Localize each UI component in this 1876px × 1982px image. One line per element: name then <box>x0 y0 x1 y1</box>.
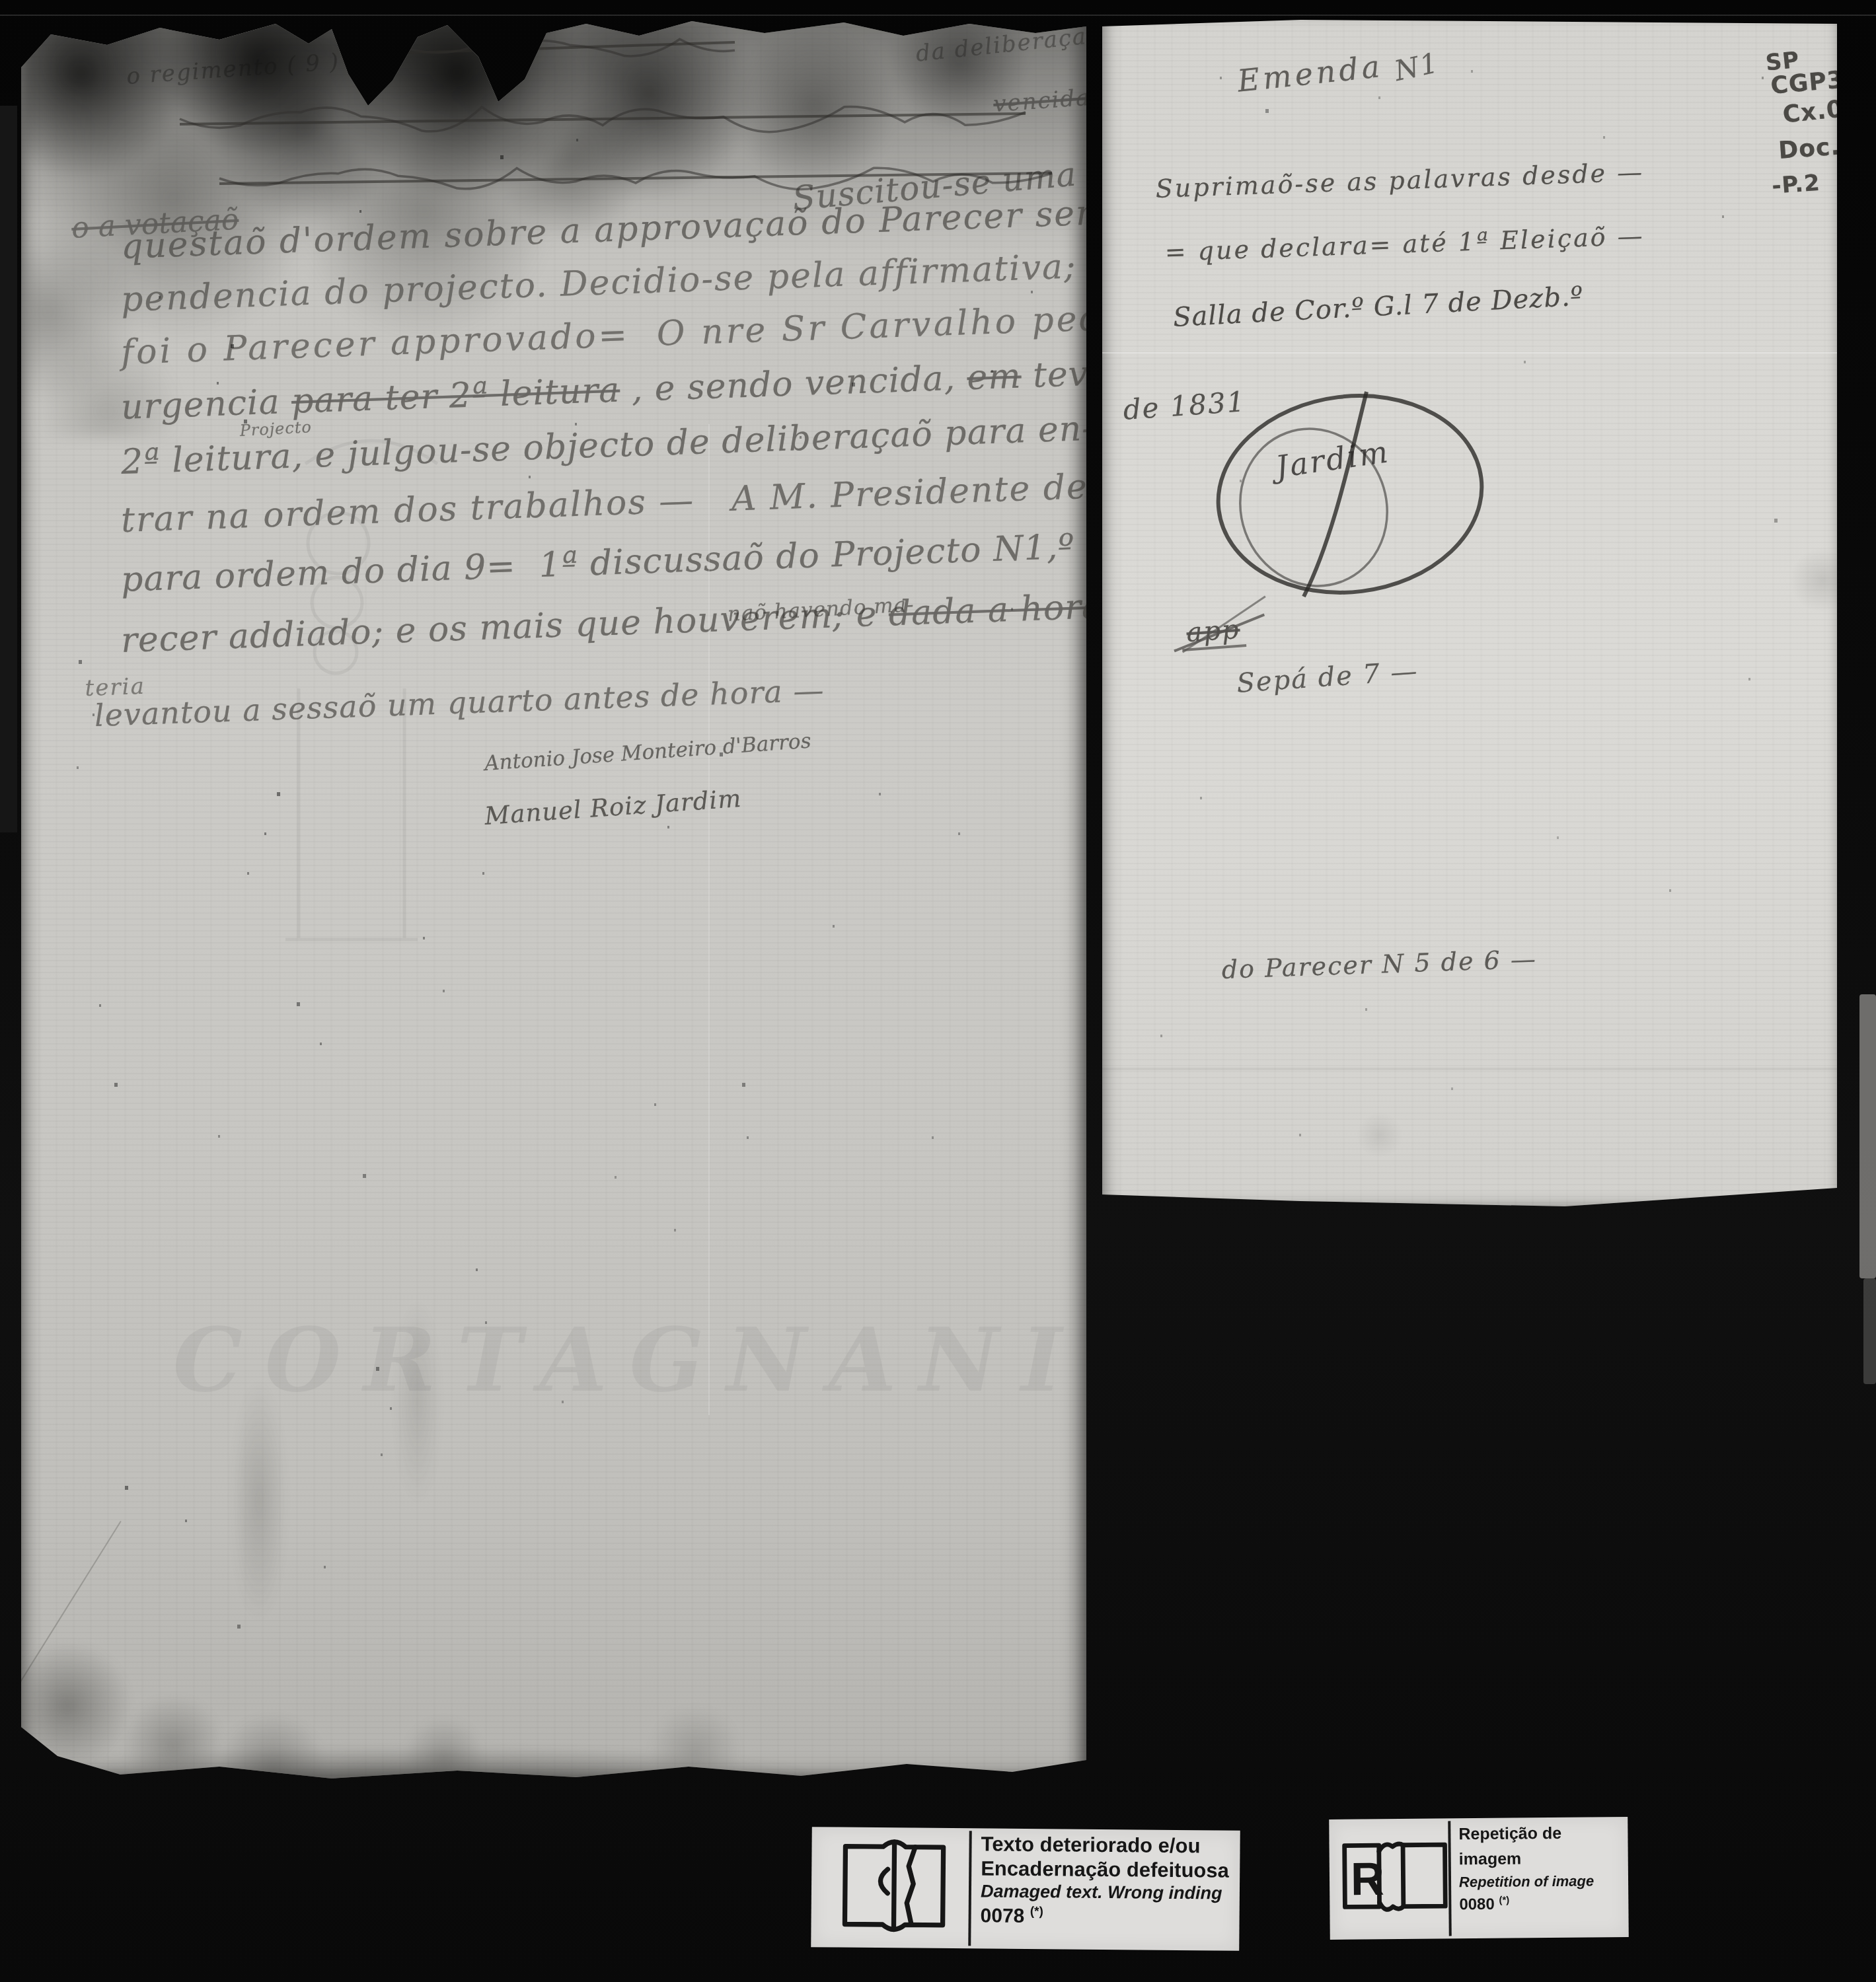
archival-reference-text: Doc.6 <box>1778 132 1837 165</box>
paper-watermark-text: CORTAGNANI <box>173 1309 1084 1412</box>
label-title-pt-2: Encadernação defeituosa <box>981 1856 1229 1883</box>
text-segment: -P.2 <box>1771 170 1821 200</box>
label-code-number: 0078 <box>980 1905 1024 1927</box>
text-segment: Emenda <box>1236 48 1384 99</box>
handwritten-line: da deliberaçaõ, <box>915 20 1086 67</box>
handwritten-line: Emenda <box>1236 48 1384 99</box>
handwritten-line: N1 <box>1392 46 1442 87</box>
struck-text: vencida <box>993 85 1086 118</box>
manuscript-left-page: CORTAGNANI o regimento ( 9 ) =da deliber… <box>21 15 1086 1780</box>
handwritten-line: = que declara= até 1ª Eleiçaõ — <box>1164 221 1645 267</box>
ink-speckles <box>1102 18 1104 21</box>
jardim-signature: Jardim <box>1268 433 1392 486</box>
struck-text: dada a hora <box>888 587 1086 634</box>
microfilm-scan: CORTAGNANI o regimento ( 9 ) =da deliber… <box>0 0 1876 1982</box>
scan-scratch-line <box>708 424 710 1415</box>
jardim-flourish-svg: Jardim <box>1215 385 1519 623</box>
emenda-right-page: Jardim EmendaN1SPCGP3Cx.04Doc.6-P.2Supri… <box>1102 18 1837 1208</box>
text-segment: CGP3 <box>1770 66 1837 100</box>
label-subtitle-en: Damaged text. Wrong inding <box>981 1881 1229 1905</box>
archival-reference-text: Cx.04 <box>1782 94 1837 129</box>
strike-through-line <box>404 42 735 53</box>
label-divider <box>1448 1821 1452 1936</box>
text-segment: da deliberaçaõ, <box>915 20 1086 67</box>
handwritten-line: app <box>1180 614 1246 651</box>
paper-crease <box>1102 352 1837 353</box>
repetition-book-icon: R <box>1338 1835 1451 1919</box>
film-background-band <box>0 106 17 832</box>
text-segment: Sepá de 7 — <box>1236 656 1419 699</box>
handwritten-line: o regimento ( 9 ) = <box>126 46 369 89</box>
struck-text: para ter 2ª leitura <box>291 371 620 422</box>
film-edge-artifact <box>1859 994 1876 1278</box>
struck-text: em <box>966 356 1022 398</box>
illegible-handwriting-scribble <box>404 39 735 56</box>
label-code-number: 0080 <box>1459 1895 1495 1913</box>
illegible-handwriting-scribble <box>180 106 1026 131</box>
strike-through-line <box>180 114 1026 124</box>
label-title-pt: Texto deteriorado e/ou <box>981 1832 1229 1858</box>
handwritten-line: Sepá de 7 — <box>1236 656 1419 699</box>
archive-label-repetition: R Repetição de imagem Repetition of imag… <box>1329 1817 1629 1940</box>
struck-text: app <box>1180 614 1246 651</box>
paper-crease <box>21 1521 122 1763</box>
text-segment: N1 <box>1392 46 1442 87</box>
handwritten-line: do Parecer N 5 de 6 — <box>1221 944 1537 984</box>
text-segment: , e sendo vencida, <box>619 358 967 410</box>
label-code: 0080 (*) <box>1459 1891 1628 1917</box>
text-segment: teve <box>1021 353 1086 396</box>
handwritten-line: Salla de Cor.º G.l 7 de Dezb.º <box>1172 281 1584 332</box>
damaged-book-icon <box>837 1833 950 1939</box>
label-code: 0078 (*) <box>980 1903 1228 1930</box>
paper-crease <box>1102 1068 1837 1070</box>
label-code-suffix: (*) <box>1030 1905 1043 1919</box>
repetition-letter: R <box>1351 1853 1384 1905</box>
label-divider <box>968 1831 972 1946</box>
text-segment: Salla de Cor.º G.l 7 de Dezb.º <box>1172 281 1584 332</box>
text-segment: o regimento ( 9 ) = <box>126 46 369 89</box>
label-subtitle-en: Repetition of image <box>1459 1870 1628 1893</box>
film-scratch <box>0 15 1876 16</box>
text-segment: Doc.6 <box>1778 132 1837 165</box>
text-segment: do Parecer N 5 de 6 — <box>1221 944 1537 984</box>
text-segment: Cx.04 <box>1782 94 1837 129</box>
label-title-pt: Repetição de imagem <box>1458 1821 1628 1872</box>
label-code-suffix: (*) <box>1499 1894 1509 1905</box>
handwritten-line: vencida <box>993 85 1086 118</box>
archive-label-damaged-text: Texto deteriorado e/ou Encadernação defe… <box>811 1827 1240 1951</box>
archival-reference-text: -P.2 <box>1771 170 1821 200</box>
archival-reference-text: CGP3 <box>1770 66 1837 100</box>
handwritten-line: Suprimaõ-se as palavras desde — <box>1155 157 1645 203</box>
film-edge-artifact <box>1863 1278 1876 1384</box>
text-segment: = que declara= até 1ª Eleiçaõ — <box>1164 221 1645 267</box>
text-segment: Suprimaõ-se as palavras desde — <box>1155 157 1645 203</box>
